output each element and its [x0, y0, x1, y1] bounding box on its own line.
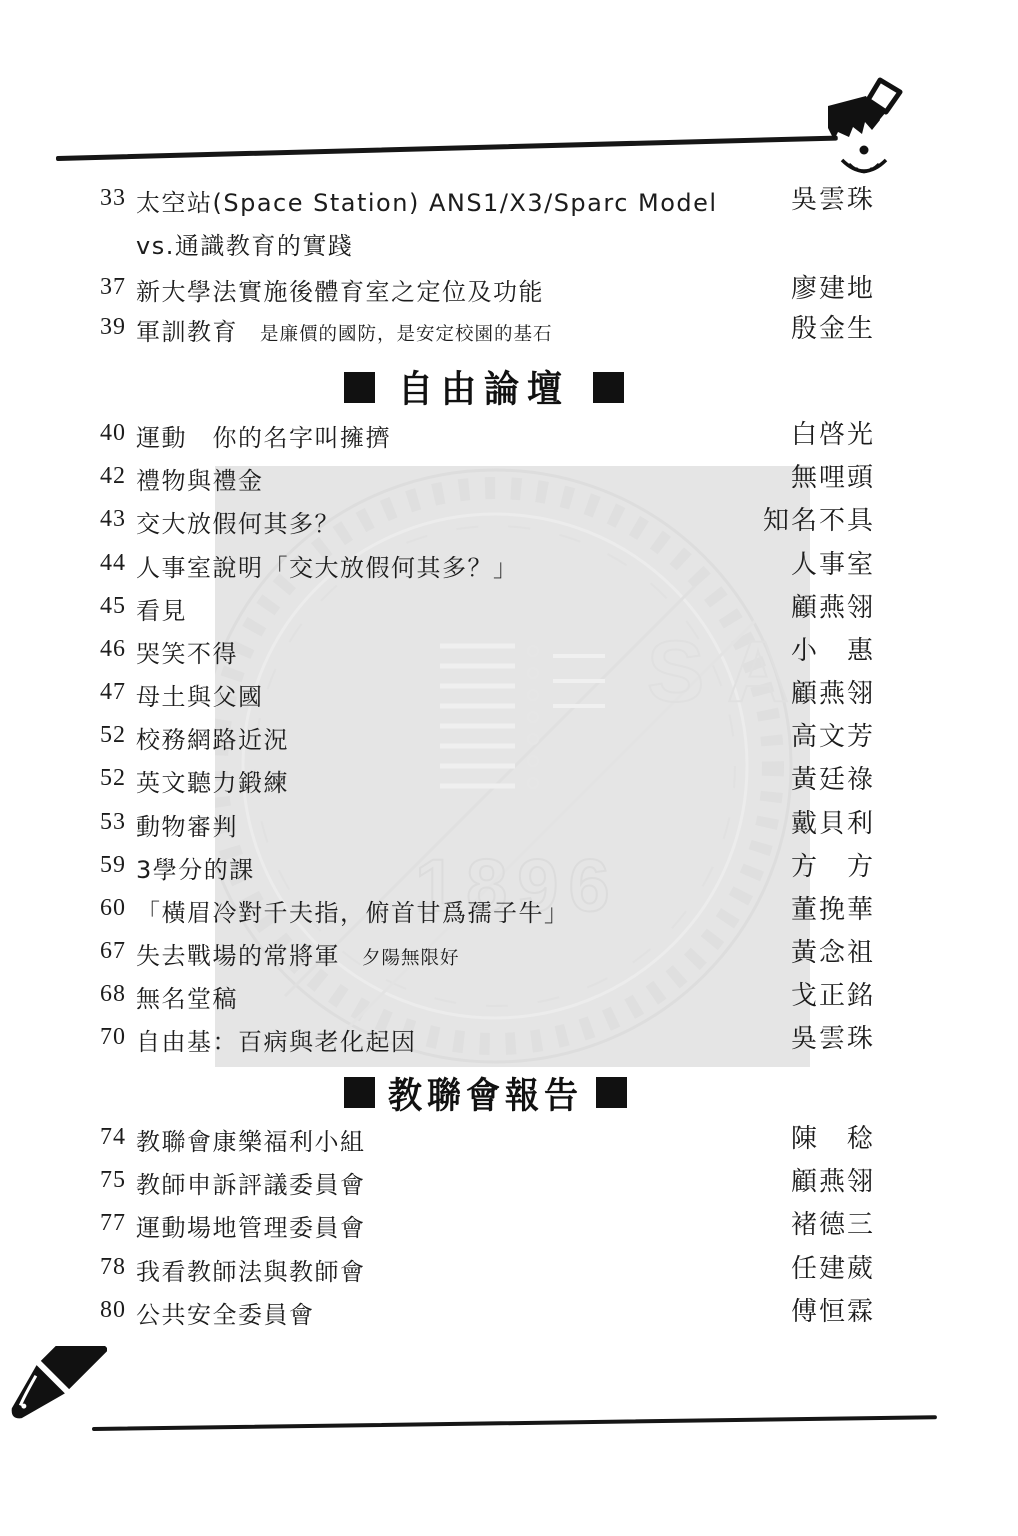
article-title: 母土與父國 — [136, 677, 264, 712]
article-title: 新大學法實施後體育室之定位及功能 — [136, 272, 544, 307]
article-title: 3學分的課 — [136, 850, 255, 885]
article-title: 禮物與禮金 — [136, 461, 264, 496]
toc-row: 53 動物審判 戴貝利 — [0, 807, 1018, 841]
pen-nib-icon — [0, 1346, 107, 1456]
section-header-forum: 自由論壇 — [344, 362, 624, 412]
article-author: 人事室 — [791, 544, 875, 581]
page-number: 53 — [100, 809, 126, 836]
toc-row: 78 我看教師法與教師會 任建葳 — [0, 1252, 1018, 1286]
top-rule — [56, 136, 838, 161]
article-subtitle: 是廉價的國防，是安定校園的基石 — [260, 324, 553, 345]
article-title: 人事室說明「交大放假何其多？」 — [136, 548, 519, 583]
toc-row: 80 公共安全委員會 傅恒霖 — [0, 1295, 1018, 1329]
toc-row: 68 無名堂稿 戈正銘 — [0, 979, 1018, 1013]
article-title: 教聯會康樂福利小組 — [136, 1122, 366, 1157]
toc-row: 75 教師申訴評議委員會 顧燕翎 — [0, 1165, 1018, 1199]
section-marker-square-right — [596, 1077, 627, 1108]
toc-row: 47 母土與父國 顧燕翎 — [0, 677, 1018, 711]
page-number: 43 — [100, 506, 126, 533]
article-author: 顧燕翎 — [791, 673, 875, 710]
article-author: 白啓光 — [791, 414, 875, 451]
article-title: 太空站(Space Station) ANS1/X3/Sparc Model — [136, 183, 718, 218]
article-author: 顧燕翎 — [791, 1161, 875, 1198]
article-title: 運動場地管理委員會 — [136, 1208, 366, 1243]
toc-row: 52 校務網路近況 高文芳 — [0, 720, 1018, 754]
article-title: 校務網路近況 — [136, 720, 289, 755]
article-author: 無哩頭 — [791, 457, 875, 494]
page-number: 40 — [100, 420, 126, 447]
article-author: 黃念祖 — [791, 932, 875, 969]
article-title: 看見 — [136, 591, 187, 626]
toc-row: 67 失去戰場的常將軍夕陽無限好 黃念祖 — [0, 936, 1018, 970]
page-number: 78 — [100, 1254, 126, 1281]
article-author: 戴貝利 — [791, 803, 875, 840]
article-author: 方 方 — [791, 846, 875, 883]
page-number: 37 — [100, 274, 126, 301]
toc-row: 46 哭笑不得 小 惠 — [0, 634, 1018, 668]
article-title: 我看教師法與教師會 — [136, 1252, 366, 1287]
article-title: 無名堂稿 — [136, 979, 238, 1014]
section-marker-square-right — [593, 372, 624, 403]
article-subtitle: 夕陽無限好 — [362, 948, 460, 969]
page-number: 70 — [100, 1024, 126, 1051]
page-number: 74 — [100, 1124, 126, 1151]
article-author: 知名不具 — [763, 500, 875, 537]
article-author: 陳 稔 — [791, 1118, 875, 1155]
article-title: 「橫眉冷對千夫指，俯首甘爲孺子牛」 — [136, 893, 570, 928]
page-number: 68 — [100, 981, 126, 1008]
article-title-continued: vs.通識教育的實踐 — [136, 226, 1018, 261]
page-number: 42 — [100, 463, 126, 490]
toc-row: 37 新大學法實施後體育室之定位及功能 廖建地 — [0, 272, 1018, 306]
page-number: 77 — [100, 1210, 126, 1237]
article-author: 傅恒霖 — [791, 1291, 875, 1328]
article-title: 英文聽力鍛練 — [136, 763, 289, 798]
article-author: 高文芳 — [791, 716, 875, 753]
paint-brush-icon — [812, 74, 917, 196]
article-title: 交大放假何其多？ — [136, 504, 340, 539]
article-title: 教師申訴評議委員會 — [136, 1165, 366, 1200]
toc-row: 45 看見 顧燕翎 — [0, 591, 1018, 625]
article-author: 董挽華 — [791, 889, 875, 926]
page-number: 52 — [100, 765, 126, 792]
toc-row: 42 禮物與禮金 無哩頭 — [0, 461, 1018, 495]
article-title: 公共安全委員會 — [136, 1295, 315, 1330]
toc-row: 43 交大放假何其多？ 知名不具 — [0, 504, 1018, 538]
bottom-rule — [92, 1415, 937, 1431]
article-author: 小 惠 — [791, 630, 875, 667]
toc-row: 77 運動場地管理委員會 褚德三 — [0, 1208, 1018, 1242]
page-number: 80 — [100, 1297, 126, 1324]
section-title: 自由論壇 — [398, 361, 570, 414]
toc-page: S A 1896 33 太空站(Space Stati — [0, 0, 1018, 1536]
section-header-report: 教聯會報告 — [344, 1068, 624, 1117]
article-title: 哭笑不得 — [136, 634, 238, 669]
toc-row: 60 「橫眉冷對千夫指，俯首甘爲孺子牛」 董挽華 — [0, 893, 1018, 927]
toc-row: 74 教聯會康樂福利小組 陳 稔 — [0, 1122, 1018, 1156]
page-number: 47 — [100, 679, 126, 706]
toc-row: 40 運動 你的名字叫擁擠 白啓光 — [0, 418, 1018, 452]
article-author: 褚德三 — [791, 1204, 875, 1241]
article-title: 運動 你的名字叫擁擠 — [136, 418, 391, 453]
article-author: 殷金生 — [791, 308, 875, 345]
article-author: 戈正銘 — [791, 975, 875, 1012]
section-marker-square-left — [344, 372, 375, 403]
page-number: 59 — [100, 852, 126, 879]
article-title: 自由基：百病與老化起因 — [136, 1022, 417, 1057]
page-number: 52 — [100, 722, 126, 749]
article-title: 動物審判 — [136, 807, 238, 842]
toc-row: 59 3學分的課 方 方 — [0, 850, 1018, 884]
page-number: 67 — [100, 938, 126, 965]
page-number: 45 — [100, 593, 126, 620]
toc-row: 52 英文聽力鍛練 黃廷祿 — [0, 763, 1018, 797]
page-number: 75 — [100, 1167, 126, 1194]
article-author: 廖建地 — [791, 268, 875, 305]
section-title: 教聯會報告 — [388, 1067, 583, 1118]
article-title: 失去戰場的常將軍夕陽無限好 — [136, 936, 460, 971]
section-marker-square-left — [344, 1077, 375, 1108]
page-number: 44 — [100, 550, 126, 577]
toc-row: 70 自由基：百病與老化起因 吳雲珠 — [0, 1022, 1018, 1056]
article-title: 軍訓教育是廉價的國防，是安定校園的基石 — [136, 312, 553, 347]
article-author: 吳雲珠 — [791, 1018, 875, 1055]
article-author: 任建葳 — [791, 1248, 875, 1285]
page-number: 60 — [100, 895, 126, 922]
page-number: 39 — [100, 314, 126, 341]
toc-row: 39 軍訓教育是廉價的國防，是安定校園的基石 殷金生 — [0, 312, 1018, 346]
page-number: 33 — [100, 185, 126, 212]
article-author: 顧燕翎 — [791, 587, 875, 624]
page-number: 46 — [100, 636, 126, 663]
toc-row: 44 人事室說明「交大放假何其多？」 人事室 — [0, 548, 1018, 582]
article-author: 黃廷祿 — [791, 759, 875, 796]
